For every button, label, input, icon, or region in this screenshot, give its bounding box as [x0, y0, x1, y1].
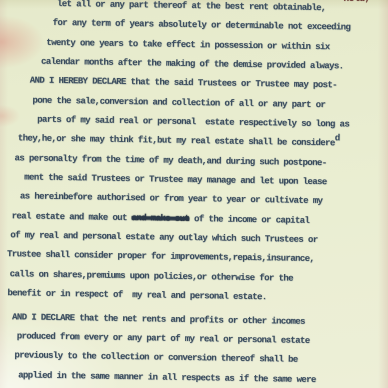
typed-line-text: they,he,or she may think fit,but my real… — [18, 134, 335, 149]
typed-line-text: real estate and make out — [12, 211, 132, 223]
struck-out-text: and make out — [132, 213, 190, 224]
superscript-correction: d — [335, 134, 340, 144]
typed-line-text: of the income or capital — [189, 214, 309, 226]
document-page: hold, let all or any part thereof at the… — [0, 0, 388, 388]
typed-text-block: let all or any part thereof at the best … — [0, 0, 388, 388]
